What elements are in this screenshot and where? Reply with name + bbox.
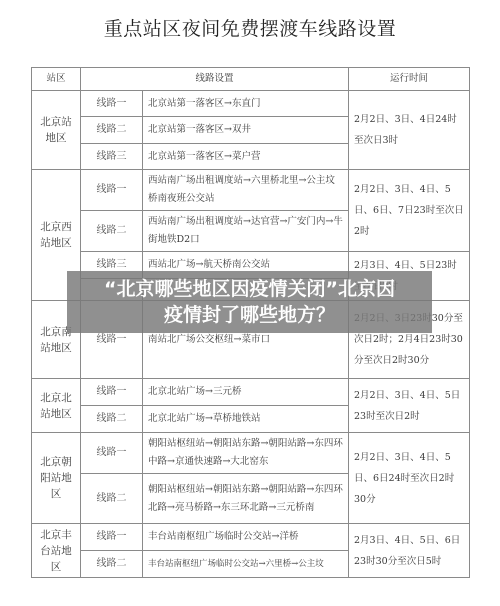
line-label: 线路一 <box>81 379 143 406</box>
headline-overlay-banner: “北京哪些地区因疫情关闭”北京因 疫情封了哪些地方？ <box>67 271 432 333</box>
table-row: 北京丰台站地区 线路一 丰台站南枢纽广场临时公交站→洋桥 2月3日、4日、5日、… <box>32 524 470 551</box>
route-cell: 丰台站南枢纽广场临时公交站→六里桥→公主坟 <box>143 551 349 578</box>
route-cell: 北京站第一落客区→双井 <box>143 117 349 144</box>
area-cell: 北京朝阳站地区 <box>32 433 81 524</box>
header-area: 站区 <box>32 68 81 91</box>
line-label: 线路三 <box>81 144 143 170</box>
header-routes: 线路设置 <box>81 68 349 91</box>
route-cell: 北京站第一落客区→菜户营 <box>143 144 349 170</box>
area-cell: 北京站地区 <box>32 91 81 170</box>
table-row: 北京朝阳站地区 线路一 朝阳站枢纽站→朝阳站东路→朝阳站路→东四环中路→京通快速… <box>32 433 470 474</box>
line-label: 线路一 <box>81 170 143 211</box>
route-cell: 北京北站广场→草桥地铁站 <box>143 406 349 433</box>
line-label: 线路二 <box>81 406 143 433</box>
document-title: 重点站区夜间免费摆渡车线路设置 <box>0 14 500 41</box>
table-row: 北京西站地区 线路一 西站南广场出租调度站→六里桥北里→公主坟桥南夜班公交站 2… <box>32 170 470 211</box>
time-cell: 2月2日、3日、4日24时至次日3时 <box>349 91 470 170</box>
route-cell: 北京北站广场→三元桥 <box>143 379 349 406</box>
table-row: 北京站地区 线路一 北京站第一落客区→东直门 2月2日、3日、4日24时至次日3… <box>32 91 470 117</box>
time-cell: 2月3日、4日、5日、6日23时30分至次日5时 <box>349 524 470 578</box>
area-cell: 北京丰台站地区 <box>32 524 81 578</box>
line-label: 线路一 <box>81 433 143 474</box>
route-cell: 西站南广场出租调度站→达官营→广安门内→牛街地铁D2口 <box>143 211 349 252</box>
time-cell: 2月2日、3日、4日、5日23时至次日2时 <box>349 379 470 433</box>
headline-line-1: “北京哪些地区因疫情关闭”北京因 <box>67 276 432 302</box>
headline-line-2: 疫情封了哪些地方？ <box>67 302 432 328</box>
route-cell: 朝阳站枢纽站→朝阳站东路→朝阳站路→东四环中路→京通快速路→大北窑东 <box>143 433 349 474</box>
line-label: 线路二 <box>81 474 143 524</box>
table-header-row: 站区 线路设置 运行时间 <box>32 68 470 91</box>
table-row: 北京北站地区 线路一 北京北站广场→三元桥 2月2日、3日、4日、5日23时至次… <box>32 379 470 406</box>
route-cell: 西站南广场出租调度站→六里桥北里→公主坟桥南夜班公交站 <box>143 170 349 211</box>
line-label: 线路二 <box>81 211 143 252</box>
time-cell: 2月2日、3日、4日、5日、6日24时至次日2时30分 <box>349 433 470 524</box>
line-label: 线路二 <box>81 551 143 578</box>
line-label: 线路一 <box>81 524 143 551</box>
area-cell: 北京北站地区 <box>32 379 81 433</box>
route-cell: 北京站第一落客区→东直门 <box>143 91 349 117</box>
route-cell: 丰台站南枢纽广场临时公交站→洋桥 <box>143 524 349 551</box>
line-label: 线路二 <box>81 117 143 144</box>
header-time: 运行时间 <box>349 68 470 91</box>
time-cell: 2月2日、3日、4日、5日、6日、7日23时至次日2时 <box>349 170 470 252</box>
route-cell: 朝阳站枢纽站→朝阳站东路→朝阳站路→东四环北路→亮马桥路→东三环北路→三元桥南 <box>143 474 349 524</box>
line-label: 线路一 <box>81 91 143 117</box>
